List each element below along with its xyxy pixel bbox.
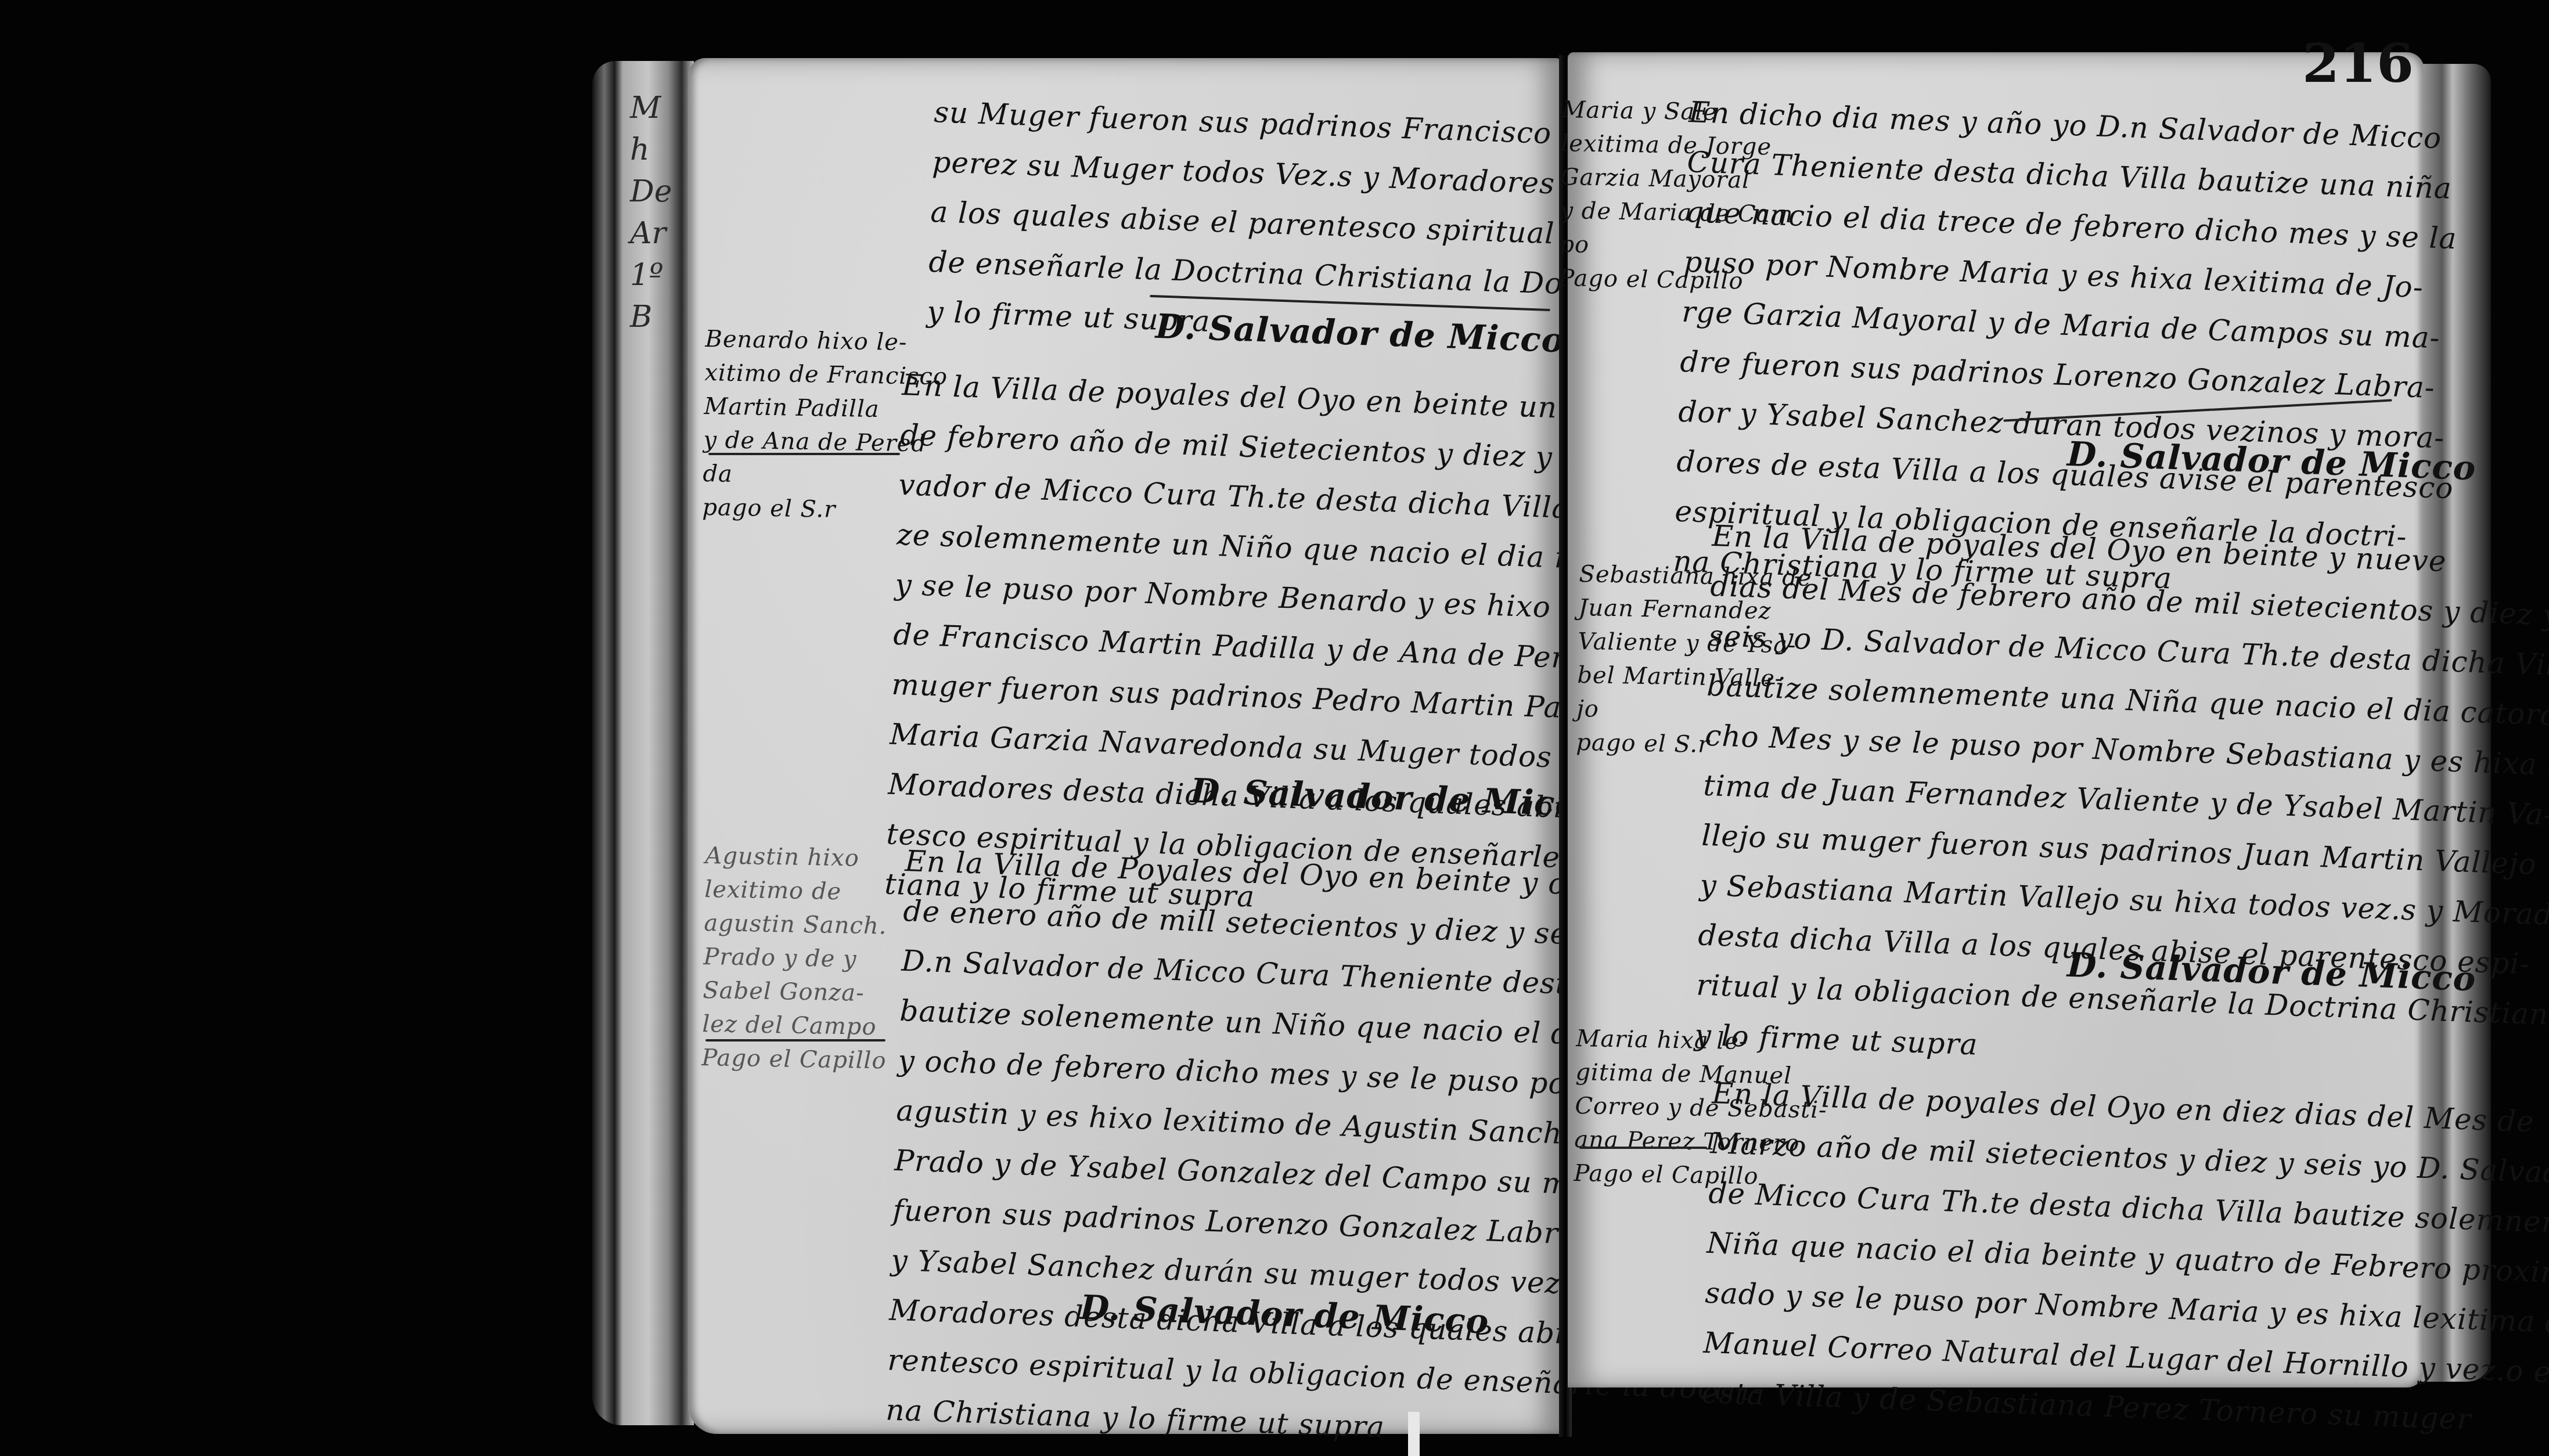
right-entry-2-body: En la Villa de poyales del Oyo en beinte… [1694, 511, 2421, 1084]
binding-tab [1408, 1412, 1420, 1456]
left-entry-3-body: En la Villa de Poyales del Oyo en beinte… [885, 836, 1561, 1456]
spine-edge-text: M h De Ar 1º B [630, 87, 671, 338]
margin-rule [1579, 1147, 1707, 1149]
margin-rule [705, 1039, 885, 1041]
folio-number: 216 [2302, 32, 2414, 95]
right-entry-3-body: En la Villa de poyales del Oyo en diez d… [1701, 1068, 2421, 1442]
document-scan: M h De Ar 1º B su Muger fueron sus padri… [0, 0, 2549, 1456]
margin-rule [708, 453, 900, 455]
left-entry-3-margin-note: Agustin hixo lexitimo de agustin Sanch. … [701, 839, 890, 1077]
